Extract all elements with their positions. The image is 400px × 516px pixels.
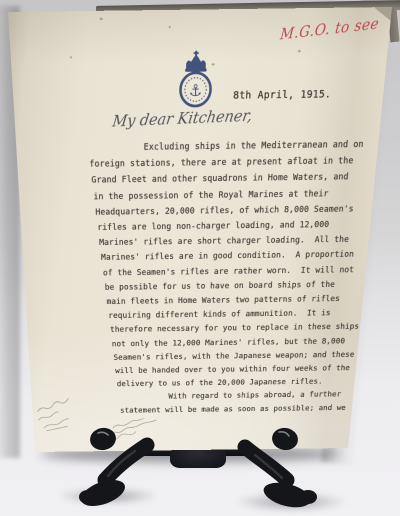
salutation-handwritten: My dear Kitchener, <box>111 106 254 131</box>
letter-body: Excluding ships in the Mediterranean and… <box>87 137 372 418</box>
paper-speck <box>100 18 103 20</box>
paper-speck <box>169 26 171 28</box>
easel-right-foot <box>225 425 320 510</box>
paper-speck <box>70 56 72 58</box>
typewritten-letter-page: M.G.O. to see ⚓ 8th April, 1915. My dear… <box>8 7 392 452</box>
letter-date: 8th April, 1915. <box>233 89 332 102</box>
photograph-of-letter-on-stand: M.G.O. to see ⚓ 8th April, 1915. My dear… <box>0 0 400 516</box>
svg-text:⚓: ⚓ <box>189 81 202 100</box>
easel-left-foot <box>75 425 155 510</box>
red-ink-annotation: M.G.O. to see <box>279 12 400 44</box>
paper-speck <box>298 50 301 52</box>
typed-line: statement will be made as soon as possib… <box>120 402 347 418</box>
admiralty-crest-icon: ⚓ <box>173 50 219 109</box>
